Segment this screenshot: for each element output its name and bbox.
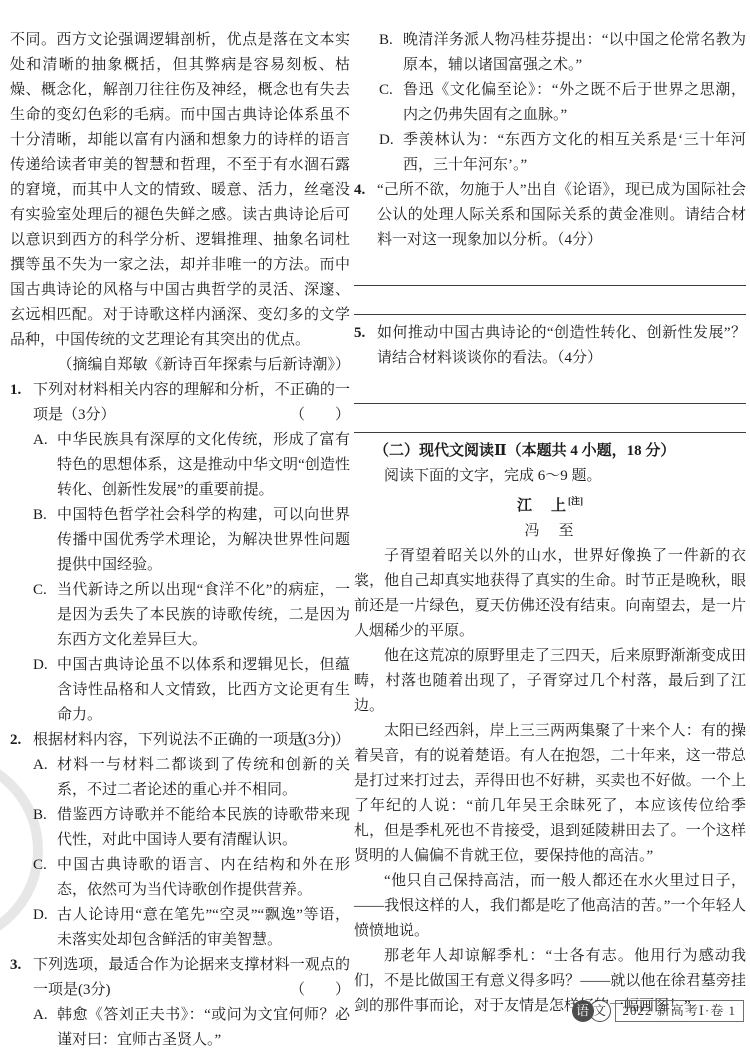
answer-bracket: （ ） <box>290 403 350 428</box>
material-one-passage: 不同。西方文论强调逻辑剖析，优点是落在文本实处和清晰的抽象概括，但其弊病是容易刻… <box>10 28 350 353</box>
story-paragraph-1: 子胥望着昭关以外的山水，世界好像换了一件新的衣裳，他自己却真实地获得了真实的生命… <box>354 544 746 644</box>
question-5-text: 如何推动中国古典诗论的“创造性转化、创新性发展”？请结合材料谈谈你的看法。（4分… <box>377 325 746 366</box>
answer-line <box>354 286 746 315</box>
q5-answer-area <box>354 375 746 433</box>
section-two-header: （二）现代文阅读Ⅱ（本题共 4 小题，18 分） <box>354 439 746 464</box>
option-label: C. <box>33 578 47 603</box>
option-text: 当代新诗之所以出现“食洋不化”的病症，一是因为丢失了本民族的诗歌传统，二是因为东… <box>57 582 350 648</box>
edition-label: 2022 新高考Ⅰ·卷 1 <box>615 1000 744 1022</box>
option-label: A. <box>33 1003 48 1028</box>
passage-title: 江 上[注] <box>354 489 746 519</box>
question-2: 2. （ ） 根据材料内容，下列说法不正确的一项是(3分) <box>10 728 350 753</box>
subject-badge-yu: 语 <box>572 1000 594 1022</box>
option-label: D. <box>379 128 394 153</box>
option-label: A. <box>33 428 48 453</box>
question-4-text: “己所不欲，勿施于人”出自《论语》，现已成为国际社会公认的处理人际关系和国际关系… <box>377 182 746 248</box>
q2-option-c: C. 中国古典诗歌的语言、内在结构和外在形态，依然可为当代诗歌创作提供营养。 <box>33 853 350 903</box>
option-label: B. <box>33 503 47 528</box>
option-text: 中国古典诗歌的语言、内在结构和外在形态，依然可为当代诗歌创作提供营养。 <box>57 857 350 898</box>
q3-option-a: A. 韩愈《答刘正夫书》：“或问为文宜何师？必谨对曰：宜师古圣贤人。” <box>33 1003 350 1053</box>
option-label: D. <box>33 653 48 678</box>
option-label: C. <box>33 853 47 878</box>
passage-title-text: 江 上 <box>517 498 568 514</box>
q3-option-c: C. 鲁迅《文化偏至论》：“外之既不后于世界之思潮，内之仍弗失固有之血脉。” <box>379 78 746 128</box>
page-footer: 语 文 2022 新高考Ⅰ·卷 1 <box>572 999 744 1023</box>
question-4-number: 4. <box>354 178 365 203</box>
answer-line <box>354 404 746 433</box>
note-marker: [注] <box>568 496 583 506</box>
passage-author: 冯 至 <box>354 519 746 544</box>
q3-option-d: D. 季羡林认为：“东西方文化的相互关系是‘三十年河西，三十年河东’。” <box>379 128 746 178</box>
attribution: （摘编自郑敏《新诗百年探索与后新诗潮》） <box>10 353 350 378</box>
q2-option-b: B. 借鉴西方诗歌并不能给本民族的诗歌带来现代性，对此中国诗人要有清醒认识。 <box>33 803 350 853</box>
option-label: A. <box>33 753 48 778</box>
q1-option-b: B. 中国特色哲学社会科学的构建，可以向世界传播中国优秀学术理论，为解决世界性问… <box>33 503 350 578</box>
question-1: 1. （ ） 下列对材料相关内容的理解和分析，不正确的一项是（3分） <box>10 378 350 428</box>
option-label: B. <box>33 803 47 828</box>
option-label: B. <box>379 28 393 53</box>
q4-answer-area <box>354 257 746 315</box>
answer-line <box>354 375 746 404</box>
q1-option-a: A. 中华民族具有深厚的文化传统，形成了富有特色的思想体系，这是推动中华文明“创… <box>33 428 350 503</box>
question-1-number: 1. <box>10 378 21 403</box>
reading-instruction: 阅读下面的文字，完成 6～9 题。 <box>354 464 746 489</box>
left-column: 不同。西方文论强调逻辑剖析，优点是落在文本实处和清晰的抽象概括，但其弊病是容易刻… <box>10 28 350 1053</box>
question-5: 5. 如何推动中国古典诗论的“创造性转化、创新性发展”？请结合材料谈谈你的看法。… <box>354 321 746 371</box>
story-paragraph-3: 太阳已经西斜，岸上三三两两集聚了十来个人：有的操着吴音，有的说着楚语。有人在抱怨… <box>354 719 746 869</box>
question-3: 3. （ ） 下列选项，最适合作为论据来支撑材料一观点的一项是(3分) <box>10 953 350 1003</box>
option-label: D. <box>33 903 48 928</box>
answer-bracket: （ ） <box>290 728 350 753</box>
option-text: 借鉴西方诗歌并不能给本民族的诗歌带来现代性，对此中国诗人要有清醒认识。 <box>57 807 350 848</box>
q1-option-d: D. 中国古典诗论虽不以体系和逻辑见长，但蕴含诗性品格和人文情致，比西方文论更有… <box>33 653 350 728</box>
option-text: 古人论诗用“意在笔先”“空灵”“飘逸”等语，未落实处却包含鲜活的审美智慧。 <box>57 907 350 948</box>
q3-option-b: B. 晚清洋务派人物冯桂芬提出：“以中国之伦常名教为原本，辅以诸国富强之术。” <box>379 28 746 78</box>
question-3-number: 3. <box>10 953 21 978</box>
question-4: 4. “己所不欲，勿施于人”出自《论语》，现已成为国际社会公认的处理人际关系和国… <box>354 178 746 253</box>
option-text: 中华民族具有深厚的文化传统，形成了富有特色的思想体系，这是推动中华文明“创造性转… <box>57 432 350 498</box>
q2-option-d: D. 古人论诗用“意在笔先”“空灵”“飘逸”等语，未落实处却包含鲜活的审美智慧。 <box>33 903 350 953</box>
answer-bracket: （ ） <box>290 978 350 1003</box>
answer-line <box>354 257 746 286</box>
story-paragraph-2: 他在这荒凉的原野里走了三四天，后来原野渐渐变成田畴，村落也随着出现了，子胥穿过几… <box>354 644 746 719</box>
exam-paper-page: 刷 题 不同。西方文论强调逻辑剖析，优点是落在文本实处和清晰的抽象概括，但其弊病… <box>0 0 750 1060</box>
right-column: B. 晚清洋务派人物冯桂芬提出：“以中国之伦常名教为原本，辅以诸国富强之术。” … <box>354 28 746 1019</box>
question-5-number: 5. <box>354 321 365 346</box>
q1-option-c: C. 当代新诗之所以出现“食洋不化”的病症，一是因为丢失了本民族的诗歌传统，二是… <box>33 578 350 653</box>
option-text: 中国特色哲学社会科学的构建，可以向世界传播中国优秀学术理论，为解决世界性问题提供… <box>57 507 350 573</box>
option-text: 中国古典诗论虽不以体系和逻辑见长，但蕴含诗性品格和人文情致，比西方文论更有生命力… <box>57 657 350 723</box>
option-text: 晚清洋务派人物冯桂芬提出：“以中国之伦常名教为原本，辅以诸国富强之术。” <box>403 32 746 73</box>
option-text: 韩愈《答刘正夫书》：“或问为文宜何师？必谨对曰：宜师古圣贤人。” <box>57 1007 350 1048</box>
option-text: 鲁迅《文化偏至论》：“外之既不后于世界之思潮，内之仍弗失固有之血脉。” <box>403 82 746 123</box>
q2-option-a: A. 材料一与材料二都谈到了传统和创新的关系，不过二者论述的重心并不相同。 <box>33 753 350 803</box>
option-text: 季羡林认为：“东西方文化的相互关系是‘三十年河西，三十年河东’。” <box>403 132 746 173</box>
question-2-number: 2. <box>10 728 21 753</box>
story-paragraph-4: “他只自己保持高洁，而一般人都还在水火里过日子，——我恨这样的人，我们都是吃了他… <box>354 869 746 944</box>
option-text: 材料一与材料二都谈到了传统和创新的关系，不过二者论述的重心并不相同。 <box>57 757 350 798</box>
option-label: C. <box>379 78 393 103</box>
